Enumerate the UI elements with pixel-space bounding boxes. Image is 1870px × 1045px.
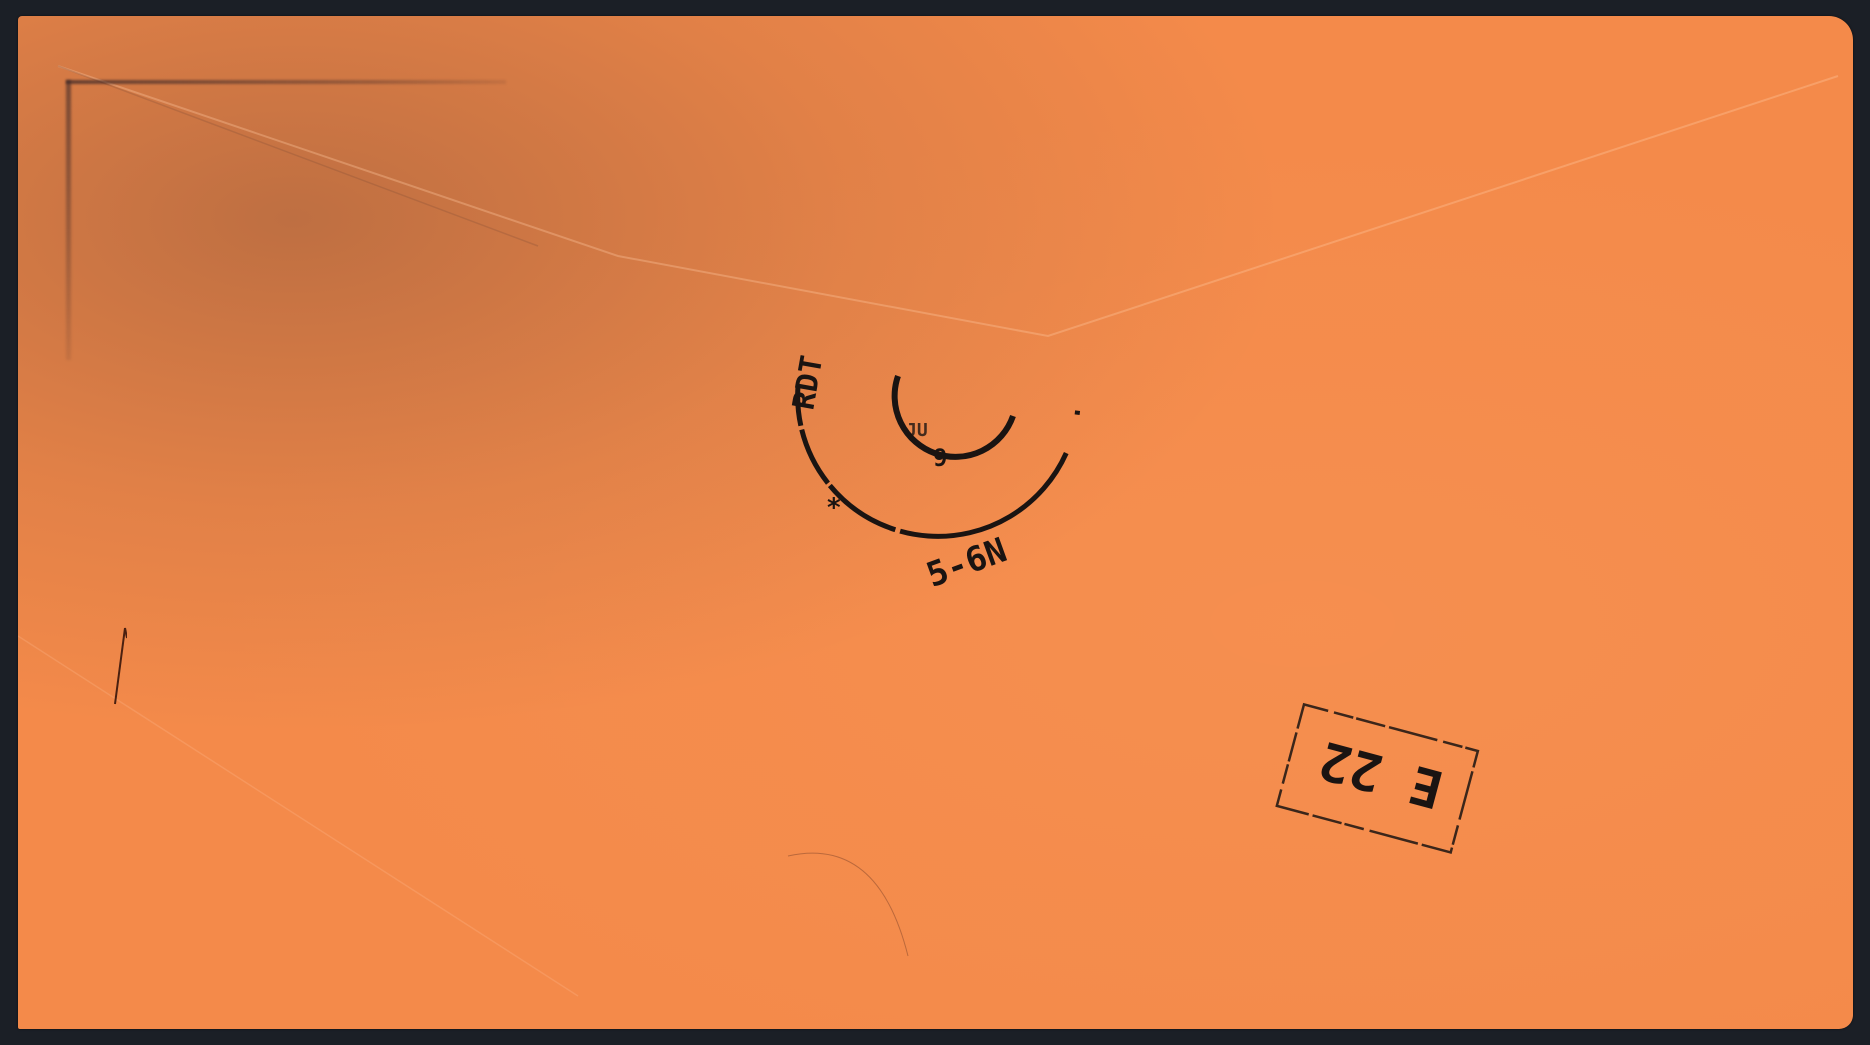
pencil-smudge-top [66,80,506,84]
postmark-inner: JU [906,420,928,441]
ink-pen-mark [113,626,127,706]
pencil-smudge-left [66,80,71,360]
handstamp-text: E 22 [1313,729,1449,819]
circular-postmark: RDT * 9 JU 5-6N [788,351,1108,611]
postmark-star: * [826,493,842,523]
postmark-town: RDT [788,353,830,412]
postmark-time: 5-6N [921,530,1012,596]
boxed-handstamp: E 22 [1263,676,1493,876]
envelope-back: RDT * 9 JU 5-6N E 22 [18,16,1853,1029]
postmark-date: 9 [933,444,947,472]
